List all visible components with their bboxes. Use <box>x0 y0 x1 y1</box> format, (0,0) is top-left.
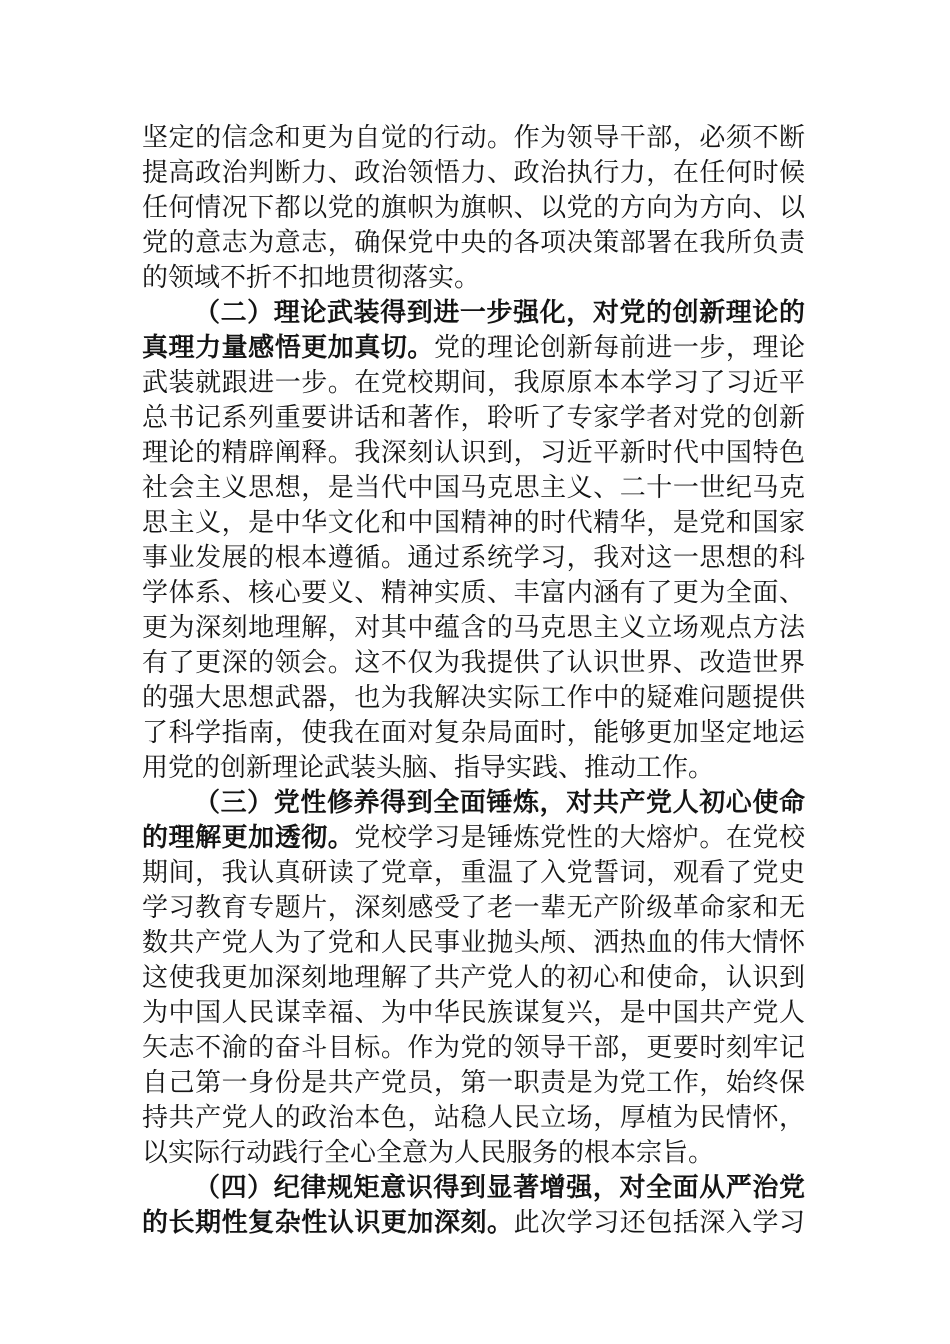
text-line: 持共产党人的政治本色，站稳人民立场，厚植为民情怀， <box>142 1100 805 1135</box>
text-run: 武装就跟进一步。在党校期间，我原原本本学习了习近平 <box>142 368 805 397</box>
text-run: 学习教育专题片，深刻感受了老一辈无产阶级革命家和无 <box>142 893 805 922</box>
text-line: 的强大思想武器，也为我解决实际工作中的疑难问题提供 <box>142 680 805 715</box>
emphasis-text-run: （四）纪律规矩意识得到显著增强，对全面从严治党 <box>194 1173 805 1202</box>
text-run: 为中国人民谋幸福、为中华民族谋复兴，是中国共产党人 <box>142 998 805 1027</box>
text-line: （二）理论武装得到进一步强化，对党的创新理论的 <box>142 295 805 330</box>
document-body: 坚定的信念和更为自觉的行动。作为领导干部，必须不断提高政治判断力、政治领悟力、政… <box>142 120 805 1240</box>
text-line: 这使我更加深刻地理解了共产党人的初心和使命，认识到 <box>142 960 805 995</box>
text-line: 真理力量感悟更加真切。党的理论创新每前进一步，理论 <box>142 330 805 365</box>
text-run: 自己第一身份是共产党员，第一职责是为党工作，始终保 <box>142 1068 805 1097</box>
text-line: 了科学指南，使我在面对复杂局面时，能够更加坚定地运 <box>142 715 805 750</box>
text-run: 任何情况下都以党的旗帜为旗帜、以党的方向为方向、以 <box>142 193 805 222</box>
text-line: 的长期性复杂性认识更加深刻。此次学习还包括深入学习 <box>142 1205 805 1240</box>
text-run: 的强大思想武器，也为我解决实际工作中的疑难问题提供 <box>142 683 805 712</box>
text-line: 事业发展的根本遵循。通过系统学习，我对这一思想的科 <box>142 540 805 575</box>
text-run: 了科学指南，使我在面对复杂局面时，能够更加坚定地运 <box>142 718 805 747</box>
text-line: 的理解更加透彻。党校学习是锤炼党性的大熔炉。在党校 <box>142 820 805 855</box>
text-line: 学体系、核心要义、精神实质、丰富内涵有了更为全面、 <box>142 575 805 610</box>
text-line: （三）党性修养得到全面锤炼，对共产党人初心使命 <box>142 785 805 820</box>
text-run: 提高政治判断力、政治领悟力、政治执行力，在任何时候 <box>142 158 805 187</box>
text-run: 期间，我认真研读了党章，重温了入党誓词，观看了党史 <box>142 858 805 887</box>
emphasis-text-run: 的长期性复杂性认识更加深刻。 <box>142 1208 514 1237</box>
text-line: 社会主义思想，是当代中国马克思主义、二十一世纪马克 <box>142 470 805 505</box>
text-run: 用党的创新理论武装头脑、指导实践、推动工作。 <box>142 753 714 782</box>
text-line: 以实际行动践行全心全意为人民服务的根本宗旨。 <box>142 1135 805 1170</box>
text-run: 学体系、核心要义、精神实质、丰富内涵有了更为全面、 <box>142 578 805 607</box>
text-line: 总书记系列重要讲话和著作，聆听了专家学者对党的创新 <box>142 400 805 435</box>
text-run: 思主义，是中华文化和中国精神的时代精华，是党和国家 <box>142 508 805 537</box>
text-run: 更为深刻地理解，对其中蕴含的马克思主义立场观点方法 <box>142 613 805 642</box>
text-line: 党的意志为意志，确保党中央的各项决策部署在我所负责 <box>142 225 805 260</box>
text-line: 的领域不折不扣地贯彻落实。 <box>142 260 805 295</box>
text-run: 持共产党人的政治本色，站稳人民立场，厚植为民情怀， <box>142 1103 805 1132</box>
paragraph-4: （四）纪律规矩意识得到显著增强，对全面从严治党的长期性复杂性认识更加深刻。此次学… <box>142 1170 805 1240</box>
text-run: 理论的精辟阐释。我深刻认识到，习近平新时代中国特色 <box>142 438 805 467</box>
text-run: 党的理论创新每前进一步，理论 <box>434 333 805 362</box>
text-run: 的领域不折不扣地贯彻落实。 <box>142 263 480 292</box>
emphasis-text-run: （二）理论武装得到进一步强化，对党的创新理论的 <box>194 298 805 327</box>
text-line: 自己第一身份是共产党员，第一职责是为党工作，始终保 <box>142 1065 805 1100</box>
text-run: 总书记系列重要讲话和著作，聆听了专家学者对党的创新 <box>142 403 805 432</box>
text-run: 以实际行动践行全心全意为人民服务的根本宗旨。 <box>142 1138 714 1167</box>
text-run: 事业发展的根本遵循。通过系统学习，我对这一思想的科 <box>142 543 805 572</box>
text-run: 这使我更加深刻地理解了共产党人的初心和使命，认识到 <box>142 963 805 992</box>
text-run: 数共产党人为了党和人民事业抛头颅、洒热血的伟大情怀 <box>142 928 805 957</box>
text-line: 期间，我认真研读了党章，重温了入党誓词，观看了党史 <box>142 855 805 890</box>
text-line: 学习教育专题片，深刻感受了老一辈无产阶级革命家和无 <box>142 890 805 925</box>
text-run: 有了更深的领会。这不仅为我提供了认识世界、改造世界 <box>142 648 805 677</box>
text-line: 坚定的信念和更为自觉的行动。作为领导干部，必须不断 <box>142 120 805 155</box>
text-line: 有了更深的领会。这不仅为我提供了认识世界、改造世界 <box>142 645 805 680</box>
text-line: 更为深刻地理解，对其中蕴含的马克思主义立场观点方法 <box>142 610 805 645</box>
text-line: 矢志不渝的奋斗目标。作为党的领导干部，更要时刻牢记 <box>142 1030 805 1065</box>
text-run: 坚定的信念和更为自觉的行动。作为领导干部，必须不断 <box>142 123 805 152</box>
emphasis-text-run: （三）党性修养得到全面锤炼，对共产党人初心使命 <box>194 788 805 817</box>
text-line: 任何情况下都以党的旗帜为旗帜、以党的方向为方向、以 <box>142 190 805 225</box>
emphasis-text-run: 的理解更加透彻。 <box>142 823 354 852</box>
text-run: 党校学习是锤炼党性的大熔炉。在党校 <box>354 823 805 852</box>
text-line: （四）纪律规矩意识得到显著增强，对全面从严治党 <box>142 1170 805 1205</box>
text-run: 党的意志为意志，确保党中央的各项决策部署在我所负责 <box>142 228 805 257</box>
text-line: 武装就跟进一步。在党校期间，我原原本本学习了习近平 <box>142 365 805 400</box>
text-line: 理论的精辟阐释。我深刻认识到，习近平新时代中国特色 <box>142 435 805 470</box>
text-run: 矢志不渝的奋斗目标。作为党的领导干部，更要时刻牢记 <box>142 1033 805 1062</box>
text-line: 数共产党人为了党和人民事业抛头颅、洒热血的伟大情怀 <box>142 925 805 960</box>
document-page: 坚定的信念和更为自觉的行动。作为领导干部，必须不断提高政治判断力、政治领悟力、政… <box>0 0 950 1344</box>
text-run: 此次学习还包括深入学习 <box>514 1208 805 1237</box>
text-run: 社会主义思想，是当代中国马克思主义、二十一世纪马克 <box>142 473 805 502</box>
text-line: 思主义，是中华文化和中国精神的时代精华，是党和国家 <box>142 505 805 540</box>
emphasis-text-run: 真理力量感悟更加真切。 <box>142 333 434 362</box>
text-line: 为中国人民谋幸福、为中华民族谋复兴，是中国共产党人 <box>142 995 805 1030</box>
text-line: 用党的创新理论武装头脑、指导实践、推动工作。 <box>142 750 805 785</box>
paragraph-1: 坚定的信念和更为自觉的行动。作为领导干部，必须不断提高政治判断力、政治领悟力、政… <box>142 120 805 295</box>
paragraph-3: （三）党性修养得到全面锤炼，对共产党人初心使命的理解更加透彻。党校学习是锤炼党性… <box>142 785 805 1170</box>
paragraph-2: （二）理论武装得到进一步强化，对党的创新理论的真理力量感悟更加真切。党的理论创新… <box>142 295 805 785</box>
text-line: 提高政治判断力、政治领悟力、政治执行力，在任何时候 <box>142 155 805 190</box>
